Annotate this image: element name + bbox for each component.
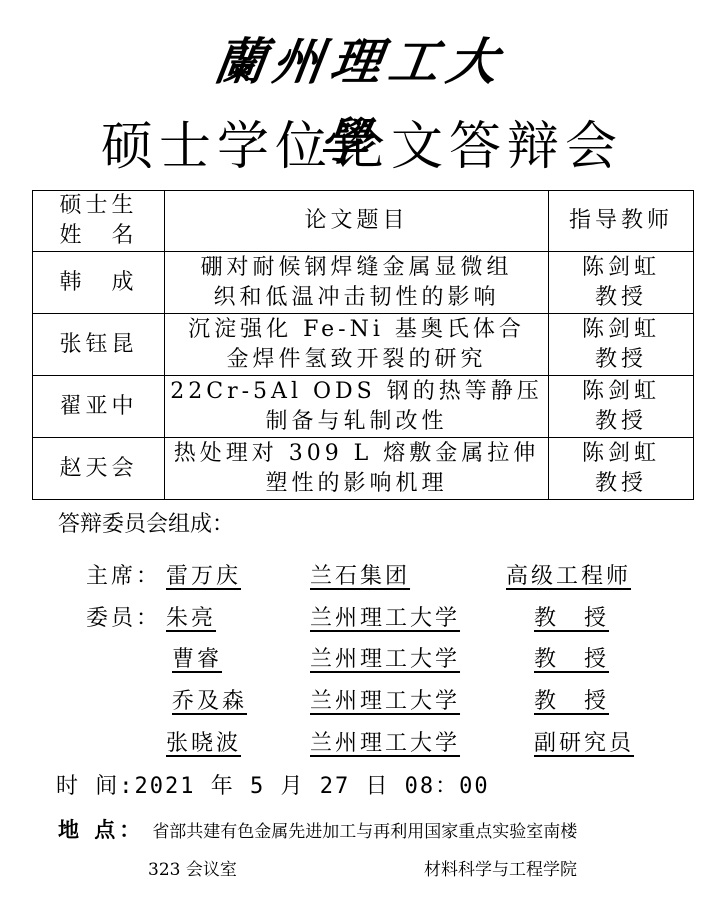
header-advisor: 指导教师: [549, 191, 694, 252]
place-line1: 省部共建有色金属先进加工与再利用国家重点实验室南楼: [152, 822, 577, 842]
thesis-line2: 织和低温冲击韧性的影响: [165, 283, 548, 313]
committee-member-name: 雷万庆: [166, 562, 241, 592]
time-value: 2021 年 5 月 27 日 08：00: [135, 774, 490, 799]
place-label: 地 点：: [58, 817, 144, 842]
committee-member-org: 兰石集团: [310, 562, 410, 592]
header-student-line1: 硕士生: [33, 191, 164, 221]
thesis-line1: 22Cr-5Al ODS 钢的热等静压: [165, 377, 548, 407]
student-name: 翟亚中: [33, 376, 165, 438]
thesis-line2: 塑性的影响机理: [165, 469, 548, 499]
committee-member-title: 副研究员: [534, 729, 634, 759]
defense-place: 地 点：省部共建有色金属先进加工与再利用国家重点实验室南楼: [58, 816, 577, 846]
time-label: 时 间:: [56, 774, 135, 799]
advisor: 陈剑虹 教授: [549, 438, 694, 500]
thesis-line1: 热处理对 309 L 熔敷金属拉伸: [165, 439, 548, 469]
thesis-title: 硼对耐候钢焊缝金属显微组 织和低温冲击韧性的影响: [165, 252, 549, 314]
thesis-title: 热处理对 309 L 熔敷金属拉伸 塑性的影响机理: [165, 438, 549, 500]
table-row: 张钰昆 沉淀强化 Fe-Ni 基奥氏体合 金焊件氢致开裂的研究 陈剑虹 教授: [33, 314, 694, 376]
header-student-line2: 姓 名: [33, 221, 164, 251]
committee-member-name: 张晓波: [166, 729, 241, 759]
thesis-table: 硕士生 姓 名 论文题目 指导教师 韩 成 硼对耐候钢焊缝金属显微组 织和低温冲…: [32, 190, 694, 500]
place-room: 323 会议室: [148, 857, 237, 883]
committee-member-name: 乔及森: [172, 687, 247, 717]
table-header-row: 硕士生 姓 名 论文题目 指导教师: [33, 191, 694, 252]
chair-label: 主席：: [86, 562, 161, 592]
committee-member-title: 教 授: [534, 645, 609, 675]
advisor-name: 陈剑虹: [549, 253, 693, 283]
place-school: 材料科学与工程学院: [424, 857, 577, 883]
thesis-line2: 制备与轧制改性: [165, 407, 548, 437]
committee-member-title: 高级工程师: [506, 562, 631, 592]
page-title: 硕士学位论文答辩会: [0, 112, 724, 182]
student-name: 韩 成: [33, 252, 165, 314]
thesis-title: 沉淀强化 Fe-Ni 基奥氏体合 金焊件氢致开裂的研究: [165, 314, 549, 376]
committee-member-name: 朱亮: [166, 604, 216, 634]
committee-heading: 答辩委员会组成：: [58, 510, 234, 540]
committee-member-org: 兰州理工大学: [310, 645, 460, 675]
committee-member-name: 曹睿: [172, 645, 222, 675]
thesis-line2: 金焊件氢致开裂的研究: [165, 345, 548, 375]
committee-member-org: 兰州理工大学: [310, 604, 460, 634]
student-name: 赵天会: [33, 438, 165, 500]
table-row: 赵天会 热处理对 309 L 熔敷金属拉伸 塑性的影响机理 陈剑虹 教授: [33, 438, 694, 500]
thesis-line1: 沉淀强化 Fe-Ni 基奥氏体合: [165, 315, 548, 345]
advisor-title: 教授: [549, 345, 693, 375]
university-logo: 蘭州理工大學: [194, 22, 525, 102]
advisor-title: 教授: [549, 407, 693, 437]
defense-time: 时 间:2021 年 5 月 27 日 08：00: [56, 772, 490, 802]
committee-member-org: 兰州理工大学: [310, 729, 460, 759]
advisor-name: 陈剑虹: [549, 315, 693, 345]
advisor: 陈剑虹 教授: [549, 314, 694, 376]
student-name: 张钰昆: [33, 314, 165, 376]
header-thesis: 论文题目: [165, 191, 549, 252]
advisor: 陈剑虹 教授: [549, 376, 694, 438]
table-row: 翟亚中 22Cr-5Al ODS 钢的热等静压 制备与轧制改性 陈剑虹 教授: [33, 376, 694, 438]
thesis-line1: 硼对耐候钢焊缝金属显微组: [165, 253, 548, 283]
advisor-name: 陈剑虹: [549, 377, 693, 407]
header-student: 硕士生 姓 名: [33, 191, 165, 252]
table-row: 韩 成 硼对耐候钢焊缝金属显微组 织和低温冲击韧性的影响 陈剑虹 教授: [33, 252, 694, 314]
advisor-title: 教授: [549, 283, 693, 313]
member-label: 委员：: [86, 604, 161, 634]
thesis-title: 22Cr-5Al ODS 钢的热等静压 制备与轧制改性: [165, 376, 549, 438]
committee-member-title: 教 授: [534, 687, 609, 717]
committee-member-org: 兰州理工大学: [310, 687, 460, 717]
committee-member-title: 教 授: [534, 604, 609, 634]
advisor-title: 教授: [549, 469, 693, 499]
advisor: 陈剑虹 教授: [549, 252, 694, 314]
advisor-name: 陈剑虹: [549, 439, 693, 469]
